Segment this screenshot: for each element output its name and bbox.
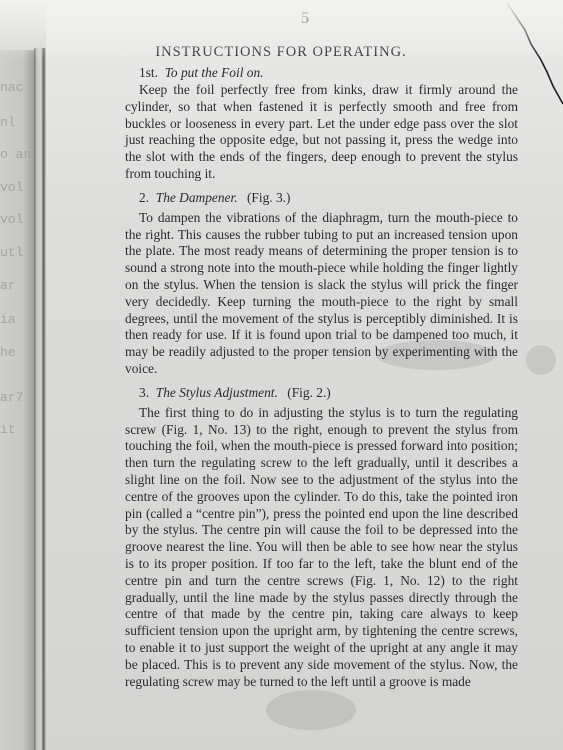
- facing-page-text: it: [0, 422, 16, 437]
- ink-smudge: [526, 345, 556, 375]
- book-page: 5 INSTRUCTIONS FOR OPERATING. 1st. To pu…: [46, 0, 563, 750]
- running-head: INSTRUCTIONS FOR OPERATING.: [46, 44, 516, 61]
- facing-page-text: he: [0, 345, 16, 360]
- facing-page-text: utl: [0, 245, 23, 260]
- facing-page-text: vol: [0, 212, 23, 227]
- facing-page-text: o an: [0, 147, 31, 162]
- page-number: 5: [301, 8, 310, 28]
- section-heading: 2. The Dampener. (Fig. 3.): [125, 189, 518, 207]
- facing-page-text: ar: [0, 278, 16, 293]
- section-title: The Dampener.: [156, 190, 238, 205]
- figure-reference: (Fig. 3.): [247, 190, 291, 205]
- section-paragraph: Keep the foil perfectly free from kinks,…: [125, 82, 518, 183]
- book-gutter: [34, 48, 46, 750]
- section-number: 2.: [139, 190, 149, 205]
- ink-smudge: [266, 690, 356, 730]
- facing-page-text: ar7: [0, 390, 23, 405]
- section-number: 1st.: [139, 65, 158, 80]
- section-paragraph: To dampen the vibrations of the diaphrag…: [125, 210, 518, 378]
- section-heading: 1st. To put the Foil on.: [125, 64, 518, 82]
- facing-page-text: nac: [0, 80, 23, 95]
- section-paragraph: The first thing to do in adjusting the s…: [125, 405, 518, 691]
- facing-page-text: nl: [0, 115, 16, 130]
- facing-page-text: vol: [0, 180, 23, 195]
- page-body: 1st. To put the Foil on. Keep the foil p…: [125, 64, 518, 690]
- section-heading: 3. The Stylus Adjustment. (Fig. 2.): [125, 384, 518, 402]
- facing-page-text: ia: [0, 312, 16, 327]
- figure-reference: (Fig. 2.): [287, 385, 331, 400]
- section-title: To put the Foil on.: [165, 65, 264, 80]
- facing-page: nac nl o an vol vol utl ar ia he ar7 it: [0, 50, 34, 750]
- section-title: The Stylus Adjustment.: [156, 385, 278, 400]
- section-number: 3.: [139, 385, 149, 400]
